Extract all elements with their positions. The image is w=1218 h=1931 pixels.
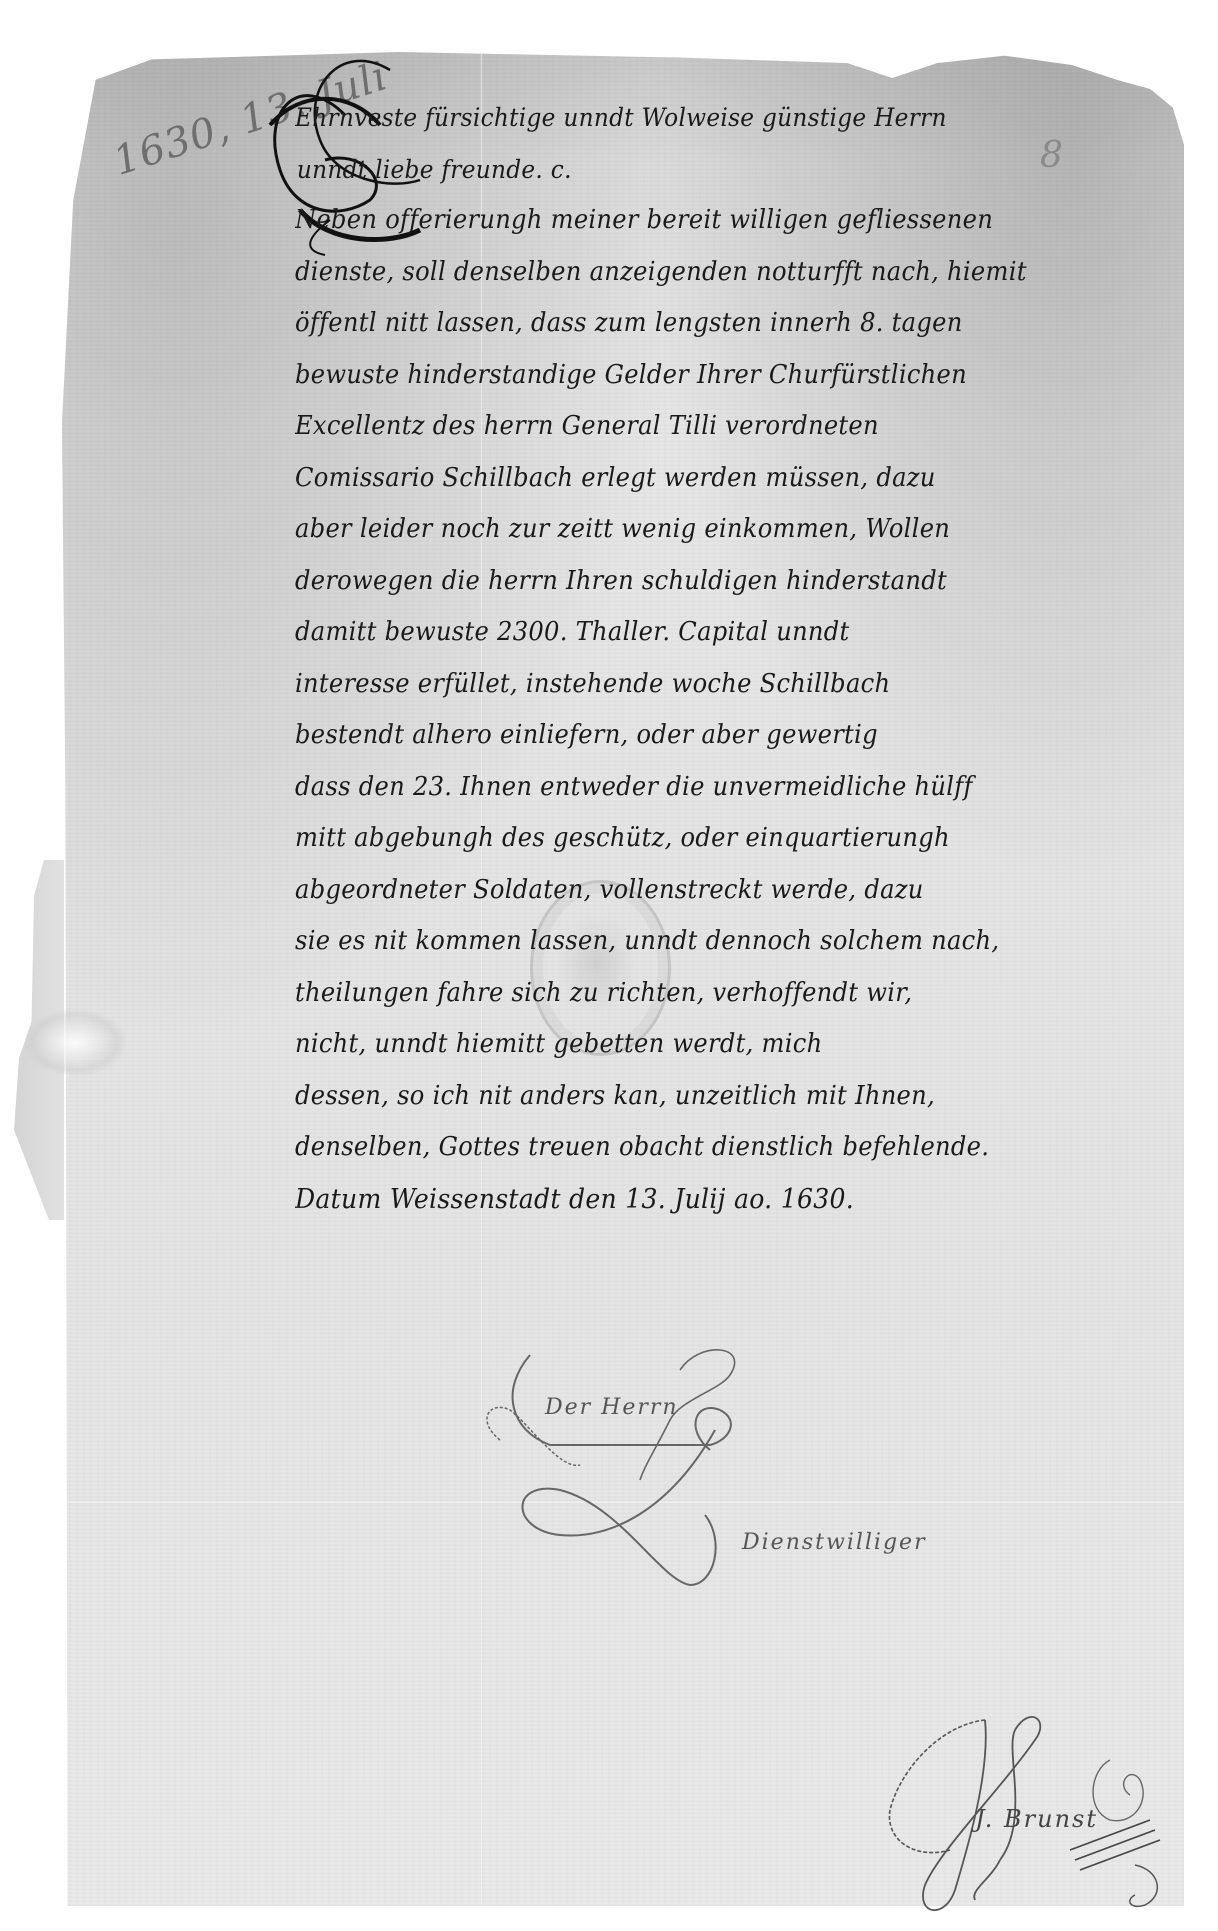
wax-seal-impression	[25, 1010, 125, 1075]
text-line: nicht, unndt hiemitt gebetten werdt, mic…	[295, 1019, 1104, 1071]
text-line: sie es nit kommen lassen, unndt dennoch …	[295, 916, 1104, 968]
text-line: Comissario Schillbach erlegt werden müss…	[295, 453, 1104, 505]
text-line: theilungen fahre sich zu richten, verhof…	[295, 968, 1104, 1020]
text-line: damitt bewuste 2300. Thaller. Capital un…	[295, 607, 1104, 659]
text-line: bewuste hinderstandige Gelder Ihrer Chur…	[295, 350, 1104, 402]
text-line: dessen, so ich nit anders kan, unzeitlic…	[295, 1071, 1104, 1123]
text-line: dienste, soll denselben anzeigenden nott…	[295, 247, 1104, 299]
text-line: bestendt alhero einliefern, oder aber ge…	[295, 710, 1104, 762]
text-line: interesse erfüllet, instehende woche Sch…	[295, 659, 1104, 711]
salutation-line: Ehrnveste fürsichtige unndt Wolweise gün…	[295, 92, 1104, 144]
closing-address: Der Herrn	[545, 1395, 679, 1420]
text-line: öffentl nitt lassen, dass zum lengsten i…	[295, 298, 1104, 350]
text-line: Excellentz des herrn General Tilli veror…	[295, 401, 1104, 453]
text-line: abgeordneter Soldaten, vollenstreckt wer…	[295, 865, 1104, 917]
text-line: Neben offerierungh meiner bereit willige…	[295, 195, 1104, 247]
text-line: dass den 23. Ihnen entweder die unvermei…	[295, 762, 1104, 814]
text-line: denselben, Gottes treuen obacht dienstli…	[295, 1122, 1104, 1174]
letter-body: Ehrnveste fürsichtige unndt Wolweise gün…	[295, 92, 1165, 1225]
closing-valediction: Dienstwilliger	[742, 1530, 927, 1555]
paper-fold-horizontal	[62, 1500, 1184, 1504]
date-line: Datum Weissenstadt den 13. Julij ao. 163…	[295, 1174, 1104, 1226]
salutation-line: unndt liebe freunde. c.	[295, 144, 1104, 196]
text-line: mitt abgebungh des geschütz, oder einqua…	[295, 813, 1104, 865]
text-line: derowegen die herrn Ihren schuldigen hin…	[295, 556, 1104, 608]
text-line: aber leider noch zur zeitt wenig einkomm…	[295, 504, 1104, 556]
signature: J. Brunst	[975, 1805, 1098, 1833]
